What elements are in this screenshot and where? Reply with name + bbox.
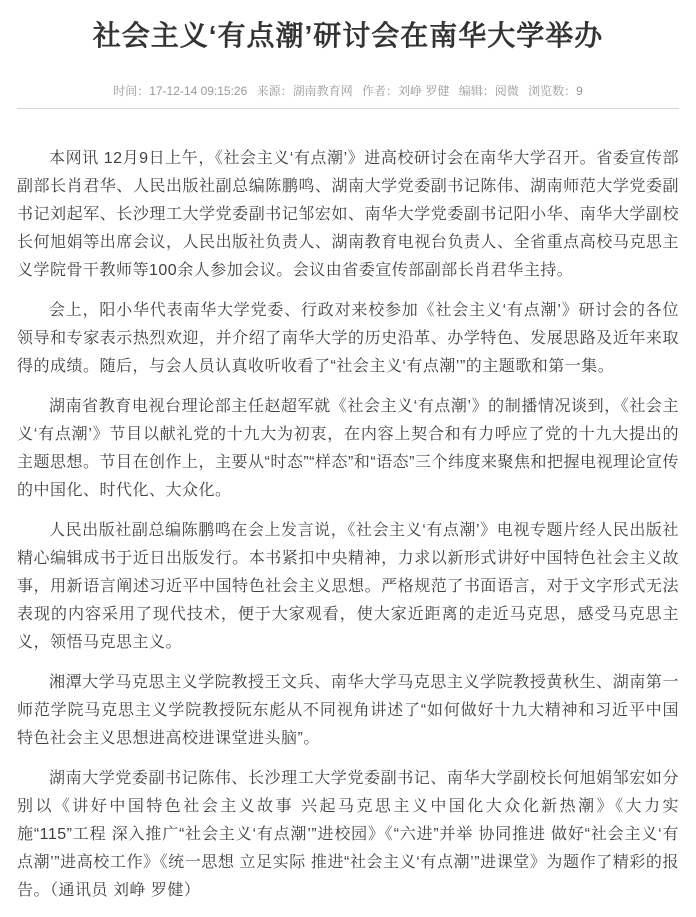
meta-editor: 编辑：阅微: [459, 84, 519, 99]
meta-views-label: 浏览数：: [528, 84, 576, 98]
meta-editor-label: 编辑：: [459, 84, 495, 98]
article-paragraph: 人民出版社副总编陈鹏鸣在会上发言说，《社会主义‘有点潮’》电视专题片经人民出版社…: [17, 517, 679, 657]
page-title: 社会主义‘有点潮’研讨会在南华大学举办: [47, 18, 649, 54]
meta-source: 来源：湖南教育网: [257, 84, 353, 99]
meta-time-label: 时间：: [113, 84, 149, 98]
article-content: 本网讯 12月9日上午，《社会主义‘有点潮’》进高校研讨会在南华大学召开。省委宣…: [17, 145, 679, 905]
article-paragraph: 会上，阳小华代表南华大学党委、行政对来校参加《社会主义‘有点潮’》研讨会的各位领…: [17, 297, 679, 381]
meta-author-label: 作者：: [362, 84, 398, 98]
article-paragraph: 湖南省教育电视台理论部主任赵超军就《社会主义‘有点潮’》的制播情况谈到，《社会主…: [17, 393, 679, 505]
meta-author-value: 刘峥 罗健: [398, 84, 449, 98]
meta-source-label: 来源：: [257, 84, 293, 98]
divider: [17, 108, 679, 109]
article-page: 社会主义‘有点潮’研讨会在南华大学举办 时间：17-12-14 09:15:26…: [0, 18, 696, 905]
article-paragraph: 湖南大学党委副书记陈伟、长沙理工大学党委副书记、南华大学副校长何旭娟邹宏如分别以…: [17, 765, 679, 905]
meta-source-value: 湖南教育网: [293, 84, 353, 98]
meta-views-value: 9: [576, 84, 583, 98]
article-paragraph: 本网讯 12月9日上午，《社会主义‘有点潮’》进高校研讨会在南华大学召开。省委宣…: [17, 145, 679, 285]
meta-time-value: 17-12-14 09:15:26: [149, 84, 247, 98]
meta-views: 浏览数：9: [528, 84, 583, 99]
meta-author: 作者：刘峥 罗健: [362, 84, 449, 99]
meta-bar: 时间：17-12-14 09:15:26 来源：湖南教育网 作者：刘峥 罗健 编…: [17, 84, 679, 99]
meta-time: 时间：17-12-14 09:15:26: [113, 84, 247, 99]
article-paragraph: 湘潭大学马克思主义学院教授王文兵、南华大学马克思主义学院教授黄秋生、湖南第一师范…: [17, 669, 679, 753]
meta-editor-value: 阅微: [495, 84, 519, 98]
